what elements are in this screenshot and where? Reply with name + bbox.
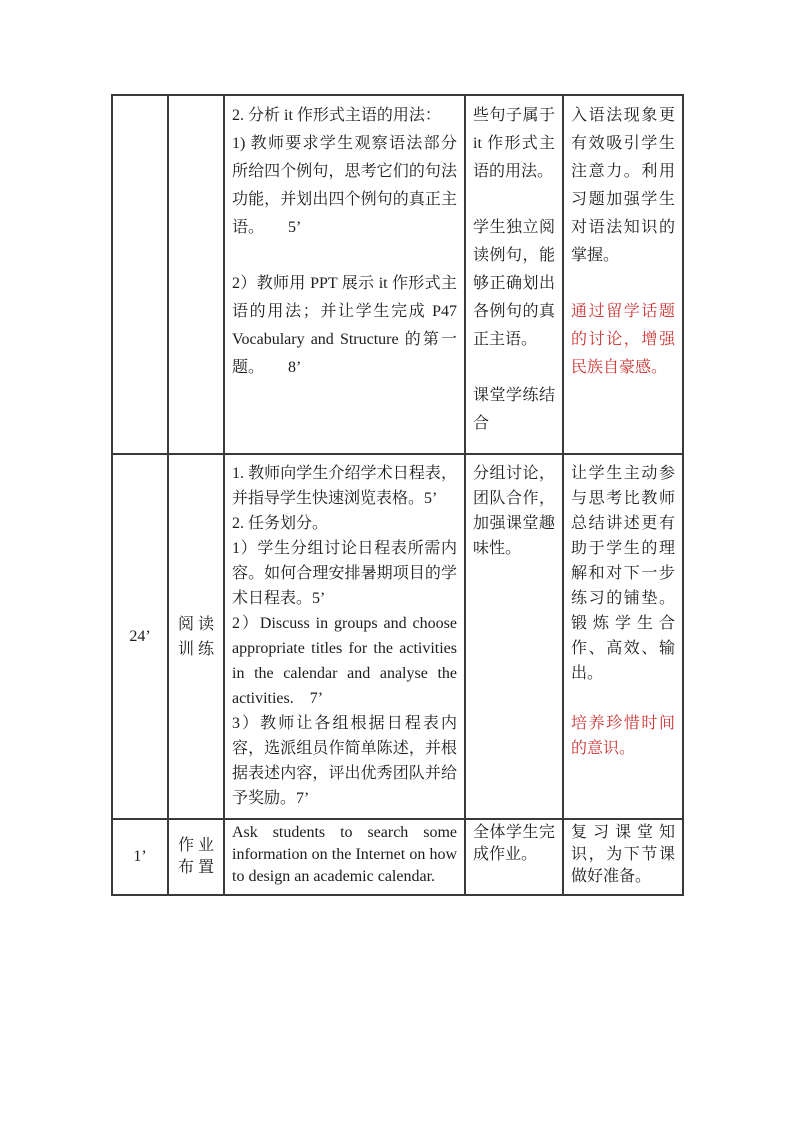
- paragraph: 2）Discuss in groups and choose appropria…: [232, 611, 457, 711]
- paragraph: 2. 分析 it 作形式主语的用法：: [232, 102, 457, 130]
- time-label: 1’: [115, 846, 165, 868]
- paragraph-blank: [473, 354, 555, 382]
- paragraph: 课堂学练结合: [473, 382, 555, 438]
- cell-time: 24’: [112, 454, 168, 819]
- paragraph: 3）教师让各组根据日程表内容，选派组员作简单陈述，并根据表述内容，评出优秀团队并…: [232, 711, 457, 811]
- paragraph-blank: [232, 242, 457, 270]
- paragraph: 复习课堂知识，为下节课做好准备。: [571, 822, 675, 888]
- stage-line: 布 置: [171, 857, 221, 879]
- lesson-plan-table: 2. 分析 it 作形式主语的用法： 1) 教师要求学生观察语法部分所给四个例句…: [111, 94, 684, 896]
- cell-teaching-content: 1. 教师向学生介绍学术日程表，并指导学生快速浏览表格。5’ 2. 任务划分。 …: [224, 454, 465, 819]
- cell-stage: [168, 95, 224, 454]
- stage-line: 训 练: [171, 637, 221, 662]
- paragraph: 2. 任务划分。: [232, 511, 457, 536]
- cell-teaching-content: 2. 分析 it 作形式主语的用法： 1) 教师要求学生观察语法部分所给四个例句…: [224, 95, 465, 454]
- table-row-grammar-analysis: 2. 分析 it 作形式主语的用法： 1) 教师要求学生观察语法部分所给四个例句…: [112, 95, 683, 454]
- paragraph-blank: [571, 270, 675, 298]
- paragraph: 1. 教师向学生介绍学术日程表，并指导学生快速浏览表格。5’: [232, 461, 457, 511]
- paragraph: 1）学生分组讨论日程表所需内容。如何合理安排暑期项目的学术日程表。5’: [232, 536, 457, 611]
- paragraph-blank: [571, 686, 675, 711]
- cell-student-activity: 全体学生完成作业。: [465, 819, 563, 895]
- paragraph: 2）教师用 PPT 展示 it 作形式主语的用法；并让学生完成 P47 Voca…: [232, 270, 457, 382]
- time-label: 24’: [115, 624, 165, 649]
- cell-stage: 作 业 布 置: [168, 819, 224, 895]
- paragraph: 学生独立阅读例句，能够正确划出各例句的真正主语。: [473, 214, 555, 354]
- cell-design-intent: 复习课堂知识，为下节课做好准备。: [563, 819, 683, 895]
- table-row-reading-training: 24’ 阅 读 训 练 1. 教师向学生介绍学术日程表，并指导学生快速浏览表格。…: [112, 454, 683, 819]
- stage-line: 作 业: [171, 835, 221, 857]
- document-page: 2. 分析 it 作形式主语的用法： 1) 教师要求学生观察语法部分所给四个例句…: [0, 0, 794, 1123]
- paragraph: 让学生主动参与思考比教师总结讲述更有助于学生的理解和对下一步练习的铺垫。锻炼学生…: [571, 461, 675, 686]
- cell-time: [112, 95, 168, 454]
- paragraph: 入语法现象更有效吸引学生注意力。利用习题加强学生对语法知识的掌握。: [571, 102, 675, 270]
- cell-design-intent: 入语法现象更有效吸引学生注意力。利用习题加强学生对语法知识的掌握。 通过留学话题…: [563, 95, 683, 454]
- paragraph: 全体学生完成作业。: [473, 822, 555, 866]
- paragraph: 些句子属于 it 作形式主语的用法。: [473, 102, 555, 186]
- paragraph: 分组讨论，团队合作，加强课堂趣味性。: [473, 461, 555, 561]
- cell-design-intent: 让学生主动参与思考比教师总结讲述更有助于学生的理解和对下一步练习的铺垫。锻炼学生…: [563, 454, 683, 819]
- cell-student-activity: 些句子属于 it 作形式主语的用法。 学生独立阅读例句，能够正确划出各例句的真正…: [465, 95, 563, 454]
- cell-time: 1’: [112, 819, 168, 895]
- paragraph: Ask students to search some information …: [232, 822, 457, 888]
- cell-stage: 阅 读 训 练: [168, 454, 224, 819]
- design-intent-red-note: 通过留学话题的讨论，增强民族自豪感。: [571, 298, 675, 382]
- cell-teaching-content: Ask students to search some information …: [224, 819, 465, 895]
- design-intent-red-note: 培养珍惜时间的意识。: [571, 711, 675, 761]
- cell-student-activity: 分组讨论，团队合作，加强课堂趣味性。: [465, 454, 563, 819]
- paragraph-blank: [473, 186, 555, 214]
- stage-line: 阅 读: [171, 612, 221, 637]
- table-row-homework: 1’ 作 业 布 置 Ask students to search some i…: [112, 819, 683, 895]
- paragraph: 1) 教师要求学生观察语法部分所给四个例句，思考它们的句法功能，并划出四个例句的…: [232, 130, 457, 242]
